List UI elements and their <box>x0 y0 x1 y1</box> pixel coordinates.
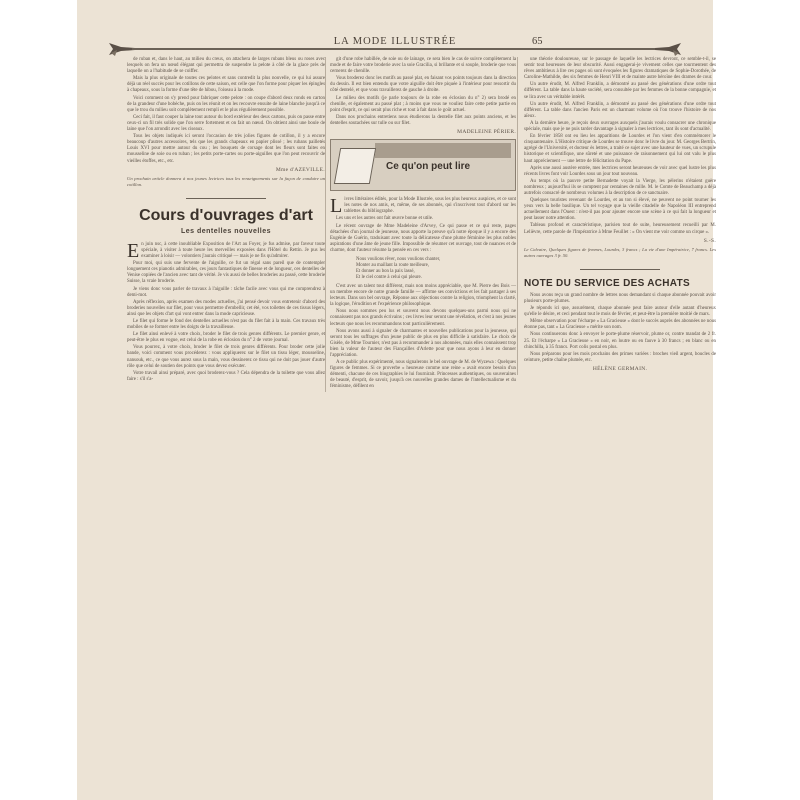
column-2: git d'une robe habillée, de soie ou de l… <box>325 57 516 392</box>
drop-cap: E <box>127 242 139 260</box>
author-signature: HÉLÈNE GERMAIN. <box>524 366 716 372</box>
paragraph: Les uns et les autres ont fait œuvre bon… <box>330 216 516 222</box>
paragraph: Nous avons aussi à signaler de charmante… <box>330 329 516 359</box>
paragraph: Dans nos prochains entretiens nous étudi… <box>330 115 516 127</box>
paragraph: Nous avons reçu un grand nombre de lettr… <box>524 293 716 305</box>
page-header: LA MODE ILLUSTRÉE 65 <box>77 0 713 60</box>
paragraph: Mais la plus originale de toutes ces pel… <box>127 76 325 94</box>
section-divider <box>580 269 660 270</box>
open-book-icon <box>334 148 376 184</box>
quoted-poem: Nous voulions rêver, nous voulions chant… <box>330 257 516 281</box>
paragraph: Le récent ouvrage de Mme Madeleine d'Arv… <box>330 224 516 254</box>
reading-banner: Ce qu'on peut lire <box>330 139 516 191</box>
paragraph: Ceci fait, il faut couper la laine tout … <box>127 115 325 133</box>
paragraph: Je viens donc vous parler de travaux à l… <box>127 287 325 299</box>
paragraph: de ruban et, dans le haut, au milieu du … <box>127 57 325 75</box>
banner-title: Ce qu'on peut lire <box>386 164 470 170</box>
magazine-title: LA MODE ILLUSTRÉE <box>77 36 713 47</box>
paragraph: git d'une robe habillée, de soie ou de l… <box>330 57 516 75</box>
paragraph: Le milieu des motifs (je parle toujours … <box>330 96 516 114</box>
paragraph: Vous pourrez, à votre choix, broder le f… <box>127 345 325 369</box>
paragraph: Tableau profond et caractéristique, pari… <box>524 223 716 235</box>
paragraph: Nous nous sommes peu lus et souvent nous… <box>330 309 516 327</box>
author-signature: S.-S. <box>524 238 716 244</box>
magazine-page: LA MODE ILLUSTRÉE 65 de ruban et, dans l… <box>77 0 713 800</box>
page-number: 65 <box>532 36 543 47</box>
books-strip-illustration <box>375 143 511 158</box>
column-3: une théorie douloureuse, sur le passage … <box>517 57 716 375</box>
paragraph: Tous les objets indiqués ici seront l'oc… <box>127 134 325 164</box>
paragraph: C'est avec un talent tout différent, mai… <box>330 284 516 308</box>
paragraph: Un autre érudit, M. Alfred Franklin, a d… <box>524 102 716 120</box>
paragraph: Après une aussi austère entrée, mes lect… <box>524 166 716 178</box>
editor-note: Un prochain article donnera à nos jeunes… <box>127 176 325 188</box>
paragraph: A la dernière heure, je reçois deux ouvr… <box>524 121 716 133</box>
paragraph: Après réflexion, après examen des modes … <box>127 300 325 318</box>
paragraph: Voici comment on s'y prend pour fabrique… <box>127 96 325 114</box>
paragraph: Pour moi, qui suis une fervente de l'aig… <box>127 261 325 285</box>
footnote: Le Calvaire, Quelques figures de femmes,… <box>524 247 716 259</box>
section-subtitle: Les dentelles nouvelles <box>127 227 325 236</box>
author-signature: Mme d'AZEVILLE. <box>127 167 325 173</box>
paragraph: En février 1858 ont eu lieu les appariti… <box>524 134 716 164</box>
paragraph: A ce public plus expérimenté, nous signa… <box>330 360 516 390</box>
paragraph: Nous continuerons donc à envoyer le port… <box>524 332 716 350</box>
paragraph: ivres littéraires édités, pour la Mode I… <box>344 197 516 214</box>
header-rule <box>132 48 658 50</box>
author-signature: MADELEINE PÉRIER. <box>330 129 516 135</box>
paragraph: Quelques touristes revenant de Lourdes, … <box>524 198 716 222</box>
paragraph: Le filet qui forme le fond des dentelles… <box>127 319 325 331</box>
drop-cap: L <box>330 197 342 215</box>
paragraph: une théorie douloureuse, sur le passage … <box>524 57 716 81</box>
paragraph: Nous préparons pour les mois prochains d… <box>524 352 716 364</box>
paragraph: Vous broderez donc les motifs au passé p… <box>330 76 516 94</box>
poem-line: Et le ciel contre à celui qui pleure. <box>356 275 516 281</box>
paragraph: Votre travail ainsi préparé, avec quoi b… <box>127 371 325 383</box>
paragraph: Le filet ainsi enlevé à votre choix, bro… <box>127 332 325 344</box>
paragraph: n juin nsc, à cette inoubliable Expositi… <box>141 242 325 259</box>
paragraph: Au temps où la pauvre petite Bernadette … <box>524 179 716 197</box>
section-title: NOTE DU SERVICE DES ACHATS <box>524 278 716 290</box>
paragraph: Je réponds ici que, assurément, chaque a… <box>524 306 716 318</box>
paragraph: Même observation pour l'écharpe « La Gra… <box>524 319 716 331</box>
paragraph: Un autre érudit, M. Alfred Franklin, a d… <box>524 82 716 100</box>
column-1: de ruban et, dans le haut, au milieu du … <box>127 57 325 384</box>
section-divider <box>186 198 266 199</box>
section-title: Cours d'ouvrages d'art <box>127 207 325 225</box>
